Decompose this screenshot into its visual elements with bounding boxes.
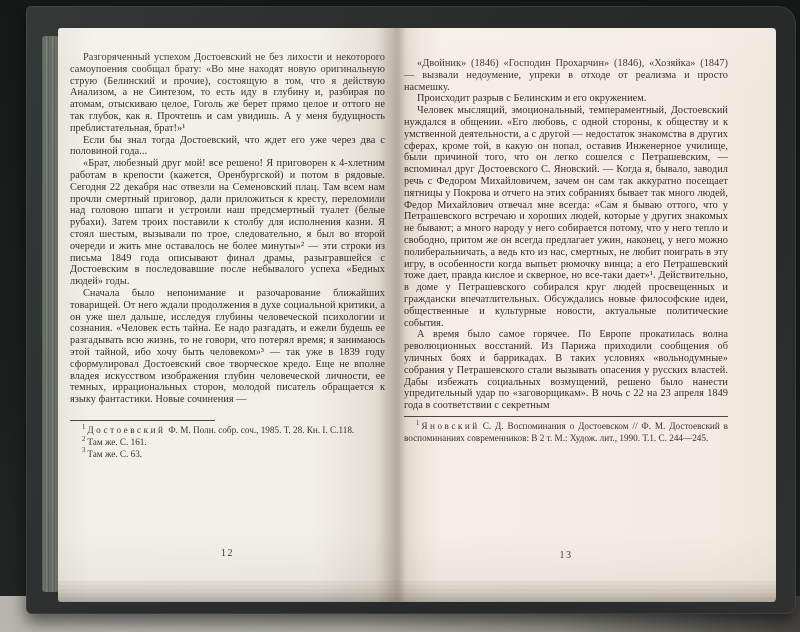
footnote-author: Яновский <box>421 421 479 431</box>
paragraph: Происходит разрыв с Белинским и его окру… <box>404 93 728 105</box>
right-page-text: «Двойник» (1846) «Господин Прохарчин» (1… <box>396 28 776 412</box>
footnote-text: Там же. С. 63. <box>87 449 142 459</box>
book-photo: Разгоряченный успехом Достоевский не без… <box>0 0 800 632</box>
footnote-marker: 2 <box>82 436 85 443</box>
page-fore-edge-left <box>42 36 59 592</box>
paragraph: «Брат, любезный друг мой! все решено! Я … <box>70 158 385 288</box>
page-number: 12 <box>70 548 385 559</box>
footnote-text: Ф. М. Полн. собр. соч., 1985. Т. 28. Кн.… <box>168 425 354 435</box>
paragraph: Сначала было непонимание и разочарование… <box>70 288 385 406</box>
footnote: 2Там же. С. 161. <box>70 437 385 449</box>
left-page-footnotes: 1ДостоевскийФ. М. Полн. собр. соч., 1985… <box>70 420 385 460</box>
footnote-marker: 1 <box>82 424 85 431</box>
footnote-author: Достоевский <box>87 425 165 435</box>
right-page-footnotes: 1ЯновскийС. Д. Воспоминания о Достоевско… <box>404 416 728 445</box>
paragraph: Если бы знал тогда Достоевский, что ждет… <box>70 135 385 159</box>
paragraph: «Двойник» (1846) «Господин Прохарчин» (1… <box>404 58 728 93</box>
paragraph: Разгоряченный успехом Достоевский не без… <box>70 52 385 135</box>
left-page: Разгоряченный успехом Достоевский не без… <box>58 28 396 602</box>
footnote: 1ЯновскийС. Д. Воспоминания о Достоевско… <box>404 421 728 445</box>
footnote: 3Там же. С. 63. <box>70 449 385 461</box>
left-page-text: Разгоряченный успехом Достоевский не без… <box>58 28 396 406</box>
footnote-text: Там же. С. 161. <box>87 437 146 447</box>
page-number: 13 <box>404 550 728 561</box>
open-pages: Разгоряченный успехом Достоевский не без… <box>58 28 776 602</box>
paragraph: А время было самое горячее. По Европе пр… <box>404 329 728 412</box>
footnote: 1ДостоевскийФ. М. Полн. собр. соч., 1985… <box>70 425 385 437</box>
right-page: «Двойник» (1846) «Господин Прохарчин» (1… <box>396 28 776 602</box>
footnote-rule <box>404 416 728 417</box>
footnote-rule <box>70 420 215 421</box>
paragraph: Человек мыслящий, эмоциональный, темпера… <box>404 105 728 329</box>
footnote-marker: 1 <box>416 420 419 427</box>
footnote-marker: 3 <box>82 447 85 454</box>
